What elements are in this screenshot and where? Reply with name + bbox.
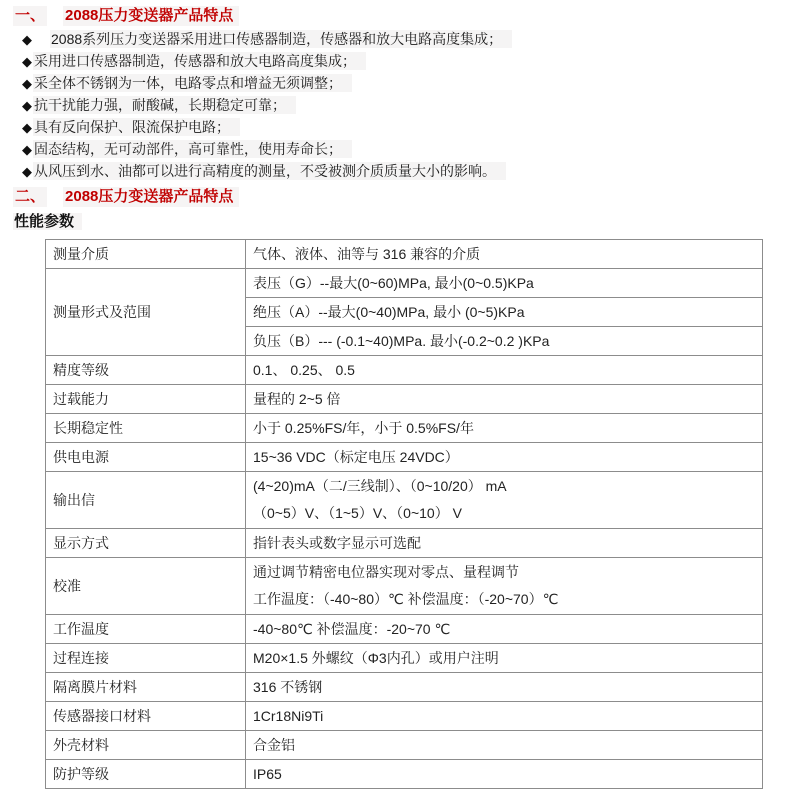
spec-value-line-2: （0~5）V、（1~5）V、（0~10） V — [253, 500, 758, 527]
feature-item: ◆2088系列压力变送器采用进口传感器制造，传感器和放大电路高度集成； — [22, 28, 788, 50]
feature-item: ◆从风压到水、油都可以进行高精度的测量，不受被测介质质量大小的影响。 — [22, 160, 788, 182]
feature-text: 固态结构，无可动部件，高可靠性，使用寿命长； — [33, 140, 352, 158]
table-row: 长期稳定性 小于 0.25%FS/年，小于 0.5%FS/年 — [46, 414, 763, 443]
spec-value-line-1: (4~20)mA（二/三线制）、（0~10/20） mA — [253, 473, 758, 500]
spec-label: 工作温度 — [46, 615, 246, 644]
section-2-title: 2088压力变送器产品特点 — [63, 187, 239, 207]
spec-label: 过载能力 — [46, 385, 246, 414]
spec-label: 过程连接 — [46, 644, 246, 673]
spec-label: 供电电源 — [46, 443, 246, 472]
diamond-bullet-icon: ◆ — [22, 139, 32, 161]
table-row: 测量形式及范围 表压（G）--最大(0~60)MPa, 最小(0~0.5)KPa — [46, 269, 763, 298]
section-2-heading: 二、2088压力变送器产品特点 — [13, 187, 788, 207]
feature-text: 具有反向保护、限流保护电路； — [33, 118, 240, 136]
spec-value: 表压（G）--最大(0~60)MPa, 最小(0~0.5)KPa — [246, 269, 763, 298]
table-row: 输出信 (4~20)mA（二/三线制）、（0~10/20） mA （0~5）V、… — [46, 472, 763, 529]
table-row: 过载能力 量程的 2~5 倍 — [46, 385, 763, 414]
section-1-heading: 一、2088压力变送器产品特点 — [13, 6, 788, 26]
spec-value: 15~36 VDC（标定电压 24VDC） — [246, 443, 763, 472]
spec-value-line-2: 工作温度：（-40~80）℃ 补偿温度：（-20~70）℃ — [253, 586, 758, 613]
diamond-bullet-icon: ◆ — [22, 73, 32, 95]
spec-value: 气体、液体、油等与 316 兼容的介质 — [246, 240, 763, 269]
table-row: 校准 通过调节精密电位器实现对零点、量程调节 工作温度：（-40~80）℃ 补偿… — [46, 558, 763, 615]
spec-value: (4~20)mA（二/三线制）、（0~10/20） mA （0~5）V、（1~5… — [246, 472, 763, 529]
table-row: 供电电源 15~36 VDC（标定电压 24VDC） — [46, 443, 763, 472]
table-row: 隔离膜片材料 316 不锈钢 — [46, 673, 763, 702]
spec-value: IP65 — [246, 760, 763, 789]
diamond-bullet-icon: ◆ — [22, 117, 32, 139]
spec-value: 负压（B）--- (-0.1~40)MPa. 最小(-0.2~0.2 )KPa — [246, 327, 763, 356]
product-spec-page: 一、2088压力变送器产品特点 ◆2088系列压力变送器采用进口传感器制造，传感… — [0, 0, 788, 797]
feature-text: 2088系列压力变送器采用进口传感器制造，传感器和放大电路高度集成； — [50, 30, 512, 48]
section-1-title: 2088压力变送器产品特点 — [63, 6, 239, 26]
table-row: 外壳材料 合金铝 — [46, 731, 763, 760]
diamond-bullet-icon: ◆ — [22, 95, 32, 117]
spec-value: 通过调节精密电位器实现对零点、量程调节 工作温度：（-40~80）℃ 补偿温度：… — [246, 558, 763, 615]
feature-item: ◆采用进口传感器制造，传感器和放大电路高度集成； — [22, 50, 788, 72]
table-row: 工作温度 -40~80℃ 补偿温度：-20~70 ℃ — [46, 615, 763, 644]
performance-spec-table: 测量介质 气体、液体、油等与 316 兼容的介质 测量形式及范围 表压（G）--… — [45, 239, 763, 789]
feature-item: ◆具有反向保护、限流保护电路； — [22, 116, 788, 138]
spec-value: 1Cr18Ni9Ti — [246, 702, 763, 731]
spec-label: 长期稳定性 — [46, 414, 246, 443]
feature-list: ◆2088系列压力变送器采用进口传感器制造，传感器和放大电路高度集成； ◆采用进… — [22, 28, 788, 182]
spec-value-line-1: 通过调节精密电位器实现对零点、量程调节 — [253, 559, 758, 586]
table-row: 过程连接 M20×1.5 外螺纹（Φ3内孔）或用户注明 — [46, 644, 763, 673]
table-row: 防护等级 IP65 — [46, 760, 763, 789]
spec-label: 传感器接口材料 — [46, 702, 246, 731]
spec-label: 测量介质 — [46, 240, 246, 269]
table-row: 精度等级 0.1、 0.25、 0.5 — [46, 356, 763, 385]
spec-value: 合金铝 — [246, 731, 763, 760]
diamond-bullet-icon: ◆ — [22, 161, 32, 183]
spec-value: -40~80℃ 补偿温度：-20~70 ℃ — [246, 615, 763, 644]
feature-text: 采用进口传感器制造，传感器和放大电路高度集成； — [33, 52, 366, 70]
spec-value: 小于 0.25%FS/年，小于 0.5%FS/年 — [246, 414, 763, 443]
spec-label: 精度等级 — [46, 356, 246, 385]
table-row: 显示方式 指针表头或数字显示可选配 — [46, 529, 763, 558]
feature-item: ◆抗干扰能力强，耐酸碱，长期稳定可靠； — [22, 94, 788, 116]
spec-value: 316 不锈钢 — [246, 673, 763, 702]
section-1-numeral: 一、 — [13, 6, 47, 26]
spec-label: 显示方式 — [46, 529, 246, 558]
clipped-heading-fragment — [108, 792, 788, 797]
spec-value: 指针表头或数字显示可选配 — [246, 529, 763, 558]
feature-text: 抗干扰能力强，耐酸碱，长期稳定可靠； — [33, 96, 296, 114]
spec-value: 量程的 2~5 倍 — [246, 385, 763, 414]
section-2-numeral: 二、 — [13, 187, 47, 207]
spec-value: M20×1.5 外螺纹（Φ3内孔）或用户注明 — [246, 644, 763, 673]
feature-text: 从风压到水、油都可以进行高精度的测量，不受被测介质质量大小的影响。 — [33, 162, 506, 180]
spec-value: 绝压（A）--最大(0~40)MPa, 最小 (0~5)KPa — [246, 298, 763, 327]
spec-label: 外壳材料 — [46, 731, 246, 760]
table-row: 测量介质 气体、液体、油等与 316 兼容的介质 — [46, 240, 763, 269]
spec-label: 测量形式及范围 — [46, 269, 246, 356]
feature-item: ◆采全体不锈钢为一体，电路零点和增益无须调整； — [22, 72, 788, 94]
diamond-bullet-icon: ◆ — [22, 51, 32, 73]
table-row: 传感器接口材料 1Cr18Ni9Ti — [46, 702, 763, 731]
diamond-bullet-icon: ◆ — [22, 29, 32, 51]
spec-label: 隔离膜片材料 — [46, 673, 246, 702]
spec-table-title: 性能参数 — [13, 212, 788, 232]
feature-text: 采全体不锈钢为一体，电路零点和增益无须调整； — [33, 74, 352, 92]
spec-label: 防护等级 — [46, 760, 246, 789]
feature-item: ◆固态结构，无可动部件，高可靠性，使用寿命长； — [22, 138, 788, 160]
spec-label: 输出信 — [46, 472, 246, 529]
spec-label: 校准 — [46, 558, 246, 615]
spec-value: 0.1、 0.25、 0.5 — [246, 356, 763, 385]
